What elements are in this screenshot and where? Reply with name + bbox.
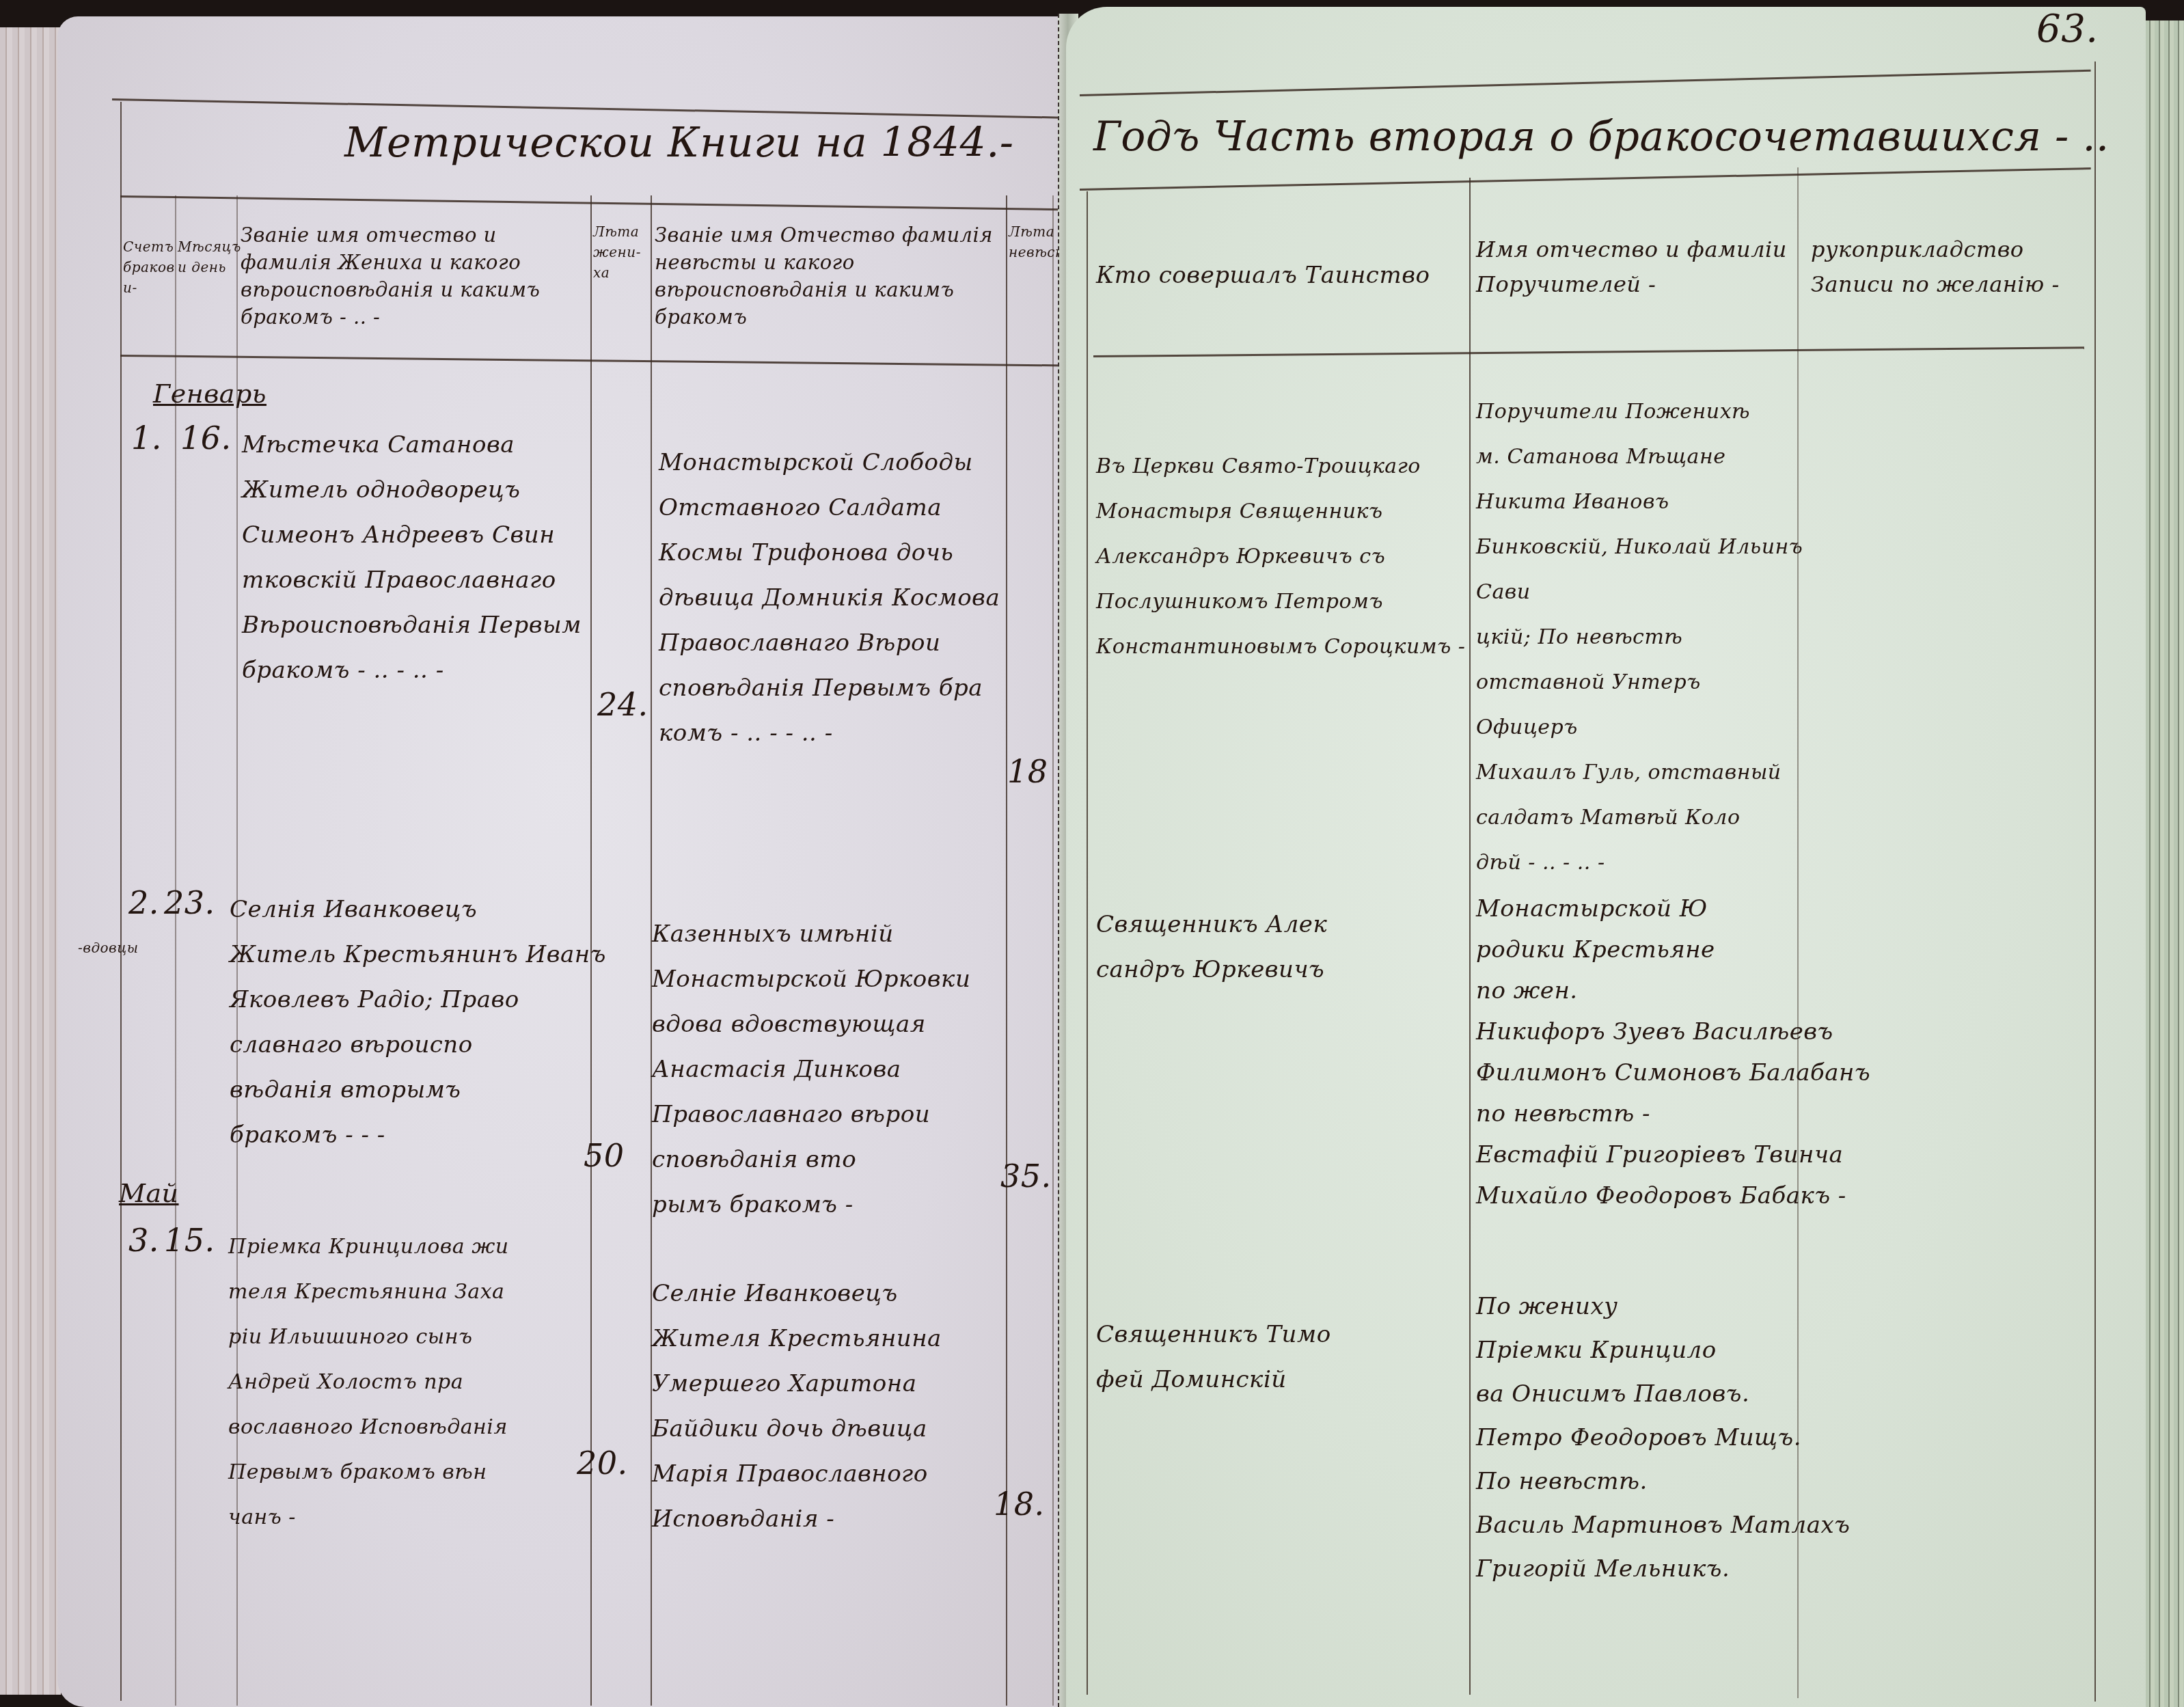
page-stack-right-edge [2143, 21, 2184, 1707]
record-1-groom-age: 24. [597, 686, 649, 723]
rule-header-bottom [1093, 346, 2084, 357]
header-signature: рукоприкладство Записи по желанію - [1811, 232, 2084, 302]
record-1-no: 1. [131, 420, 162, 456]
record-2-bride-age: 35. [1000, 1158, 1052, 1194]
record-3-sureties: По жениху Пріемки Кринцило ва Онисимъ Па… [1476, 1285, 1850, 1591]
record-2-sureties: Монастырской Ю родики Крестьяне по жен. … [1476, 888, 1870, 1216]
col-rule-7 [1052, 195, 1054, 1706]
header-marriage-no: Счетъ браков и- [123, 236, 175, 298]
page-title-left: Метрическои Книги на 1844.- [344, 119, 1014, 167]
record-2-groom-age: 50 [584, 1137, 625, 1174]
page-stack-left-edge [0, 27, 63, 1695]
record-3-bride-age: 18. [994, 1486, 1045, 1522]
record-2-bride: Казенныхъ имѣній Монастырской Юрковки вд… [652, 912, 970, 1227]
col-rule-1 [120, 102, 122, 1701]
rule-top [112, 98, 1062, 119]
header-month-day: Мѣсяцъ и день [178, 236, 236, 277]
record-3-officiant: Священникъ Тимо фей Доминскій [1096, 1312, 1331, 1402]
record-2-margin-note: -вдовцы [78, 938, 139, 958]
record-1-bride-age: 18 [1007, 753, 1048, 790]
record-3-day: 15. [164, 1222, 215, 1259]
record-1-officiant: Въ Церкви Свято-Троицкаго Монастыря Свящ… [1096, 444, 1465, 670]
col-rule-1 [1087, 191, 1088, 1695]
record-2-officiant: Священникъ Алек сандръ Юркевичъ [1096, 902, 1327, 992]
month-label-3: Май [119, 1178, 179, 1208]
record-3-groom: Пріемка Кринцилова жи теля Крестьянина З… [228, 1225, 509, 1540]
record-3-groom-age: 20. [577, 1445, 628, 1481]
month-label-1: Генварь [153, 379, 267, 409]
record-2-day: 23. [164, 884, 215, 921]
right-page: 63. Годъ Часть вторая о бракосочетавшихс… [1066, 7, 2146, 1707]
record-3-no: 3. [128, 1222, 159, 1259]
header-groom-age: Лѣта жени-ха [593, 221, 649, 283]
rule-title-bottom [1080, 167, 2091, 191]
header-bride: Званіе имя Отчество фамилія невѣсты и ка… [655, 221, 1003, 331]
col-rule-2 [1469, 178, 1471, 1695]
col-rule-6 [1006, 195, 1007, 1706]
header-sureties: Имя отчество и фамиліи Поручителей - [1476, 232, 1790, 302]
col-rule-2 [175, 195, 176, 1706]
record-2-no: 2. [128, 884, 159, 921]
col-rule-4 [2094, 62, 2096, 1702]
left-page: Метрическои Книги на 1844.- Счетъ браков… [57, 16, 1069, 1707]
record-1-groom: Мѣстечка Сатанова Житель однодворецъ Сим… [242, 422, 582, 693]
record-1-day: 16. [180, 420, 232, 456]
header-groom: Званіе имя отчество и фамилія Жениха и к… [241, 221, 589, 331]
rule-top [1080, 70, 2091, 96]
header-officiant: Кто совершалъ Таинство [1096, 260, 1430, 292]
record-1-bride: Монастырской Слободы Отставного Салдата … [659, 440, 1000, 756]
page-title-right: Годъ Часть вторая о бракосочетавшихся - … [1093, 113, 2110, 161]
record-2-groom: Селнія Иванковецъ Житель Крестьянинъ Ива… [230, 887, 606, 1158]
page-number: 63. [2036, 7, 2099, 51]
record-3-bride: Селніе Иванковецъ Жителя Крестьянина Уме… [652, 1271, 942, 1542]
header-bride-age: Лѣта невѣсты [1009, 221, 1052, 262]
record-1-sureties: Поручители Поженихѣ м. Сатанова Мѣщане Н… [1476, 390, 1804, 886]
